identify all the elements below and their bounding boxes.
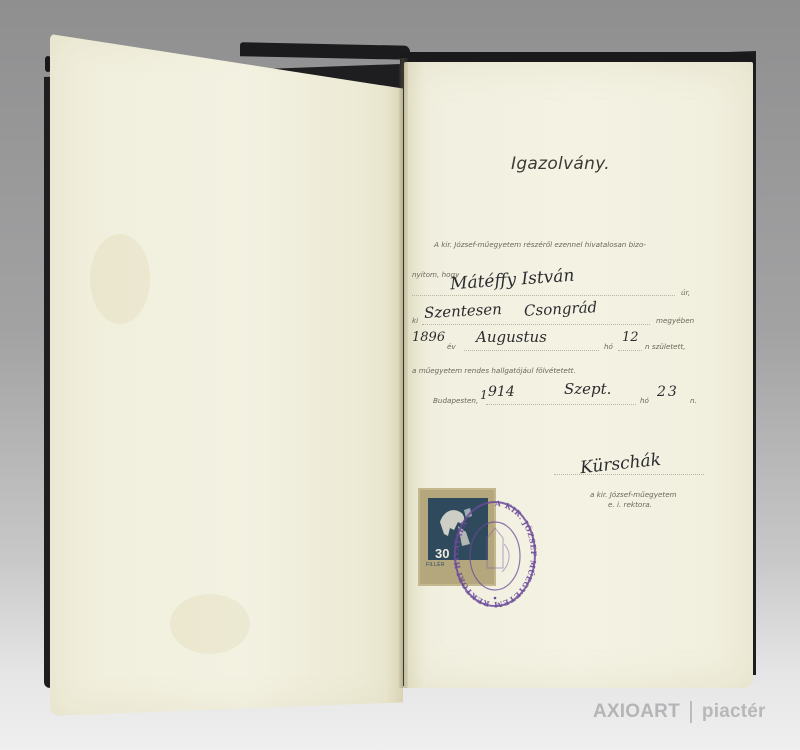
- handwritten-birth-year: 1896: [412, 330, 445, 345]
- handwritten-birthplace: Szentesen: [424, 300, 503, 322]
- fill-line-issue-date: [486, 404, 636, 405]
- handwritten-issue-year: 914: [488, 384, 515, 400]
- paper-stain: [90, 234, 150, 324]
- signature-caption-2: e. i. rektora.: [608, 500, 652, 509]
- fill-line-name: [412, 295, 675, 296]
- handwritten-year-prefix: 1: [480, 388, 488, 402]
- handwritten-issue-month: Szept.: [564, 380, 611, 398]
- fill-line-day: [618, 350, 642, 351]
- printed-line-1: A kir. József-műegyetem részéről ezennel…: [434, 240, 646, 249]
- handwritten-name: Mátéffy István: [449, 266, 575, 295]
- printed-ur: úr,: [681, 288, 690, 297]
- handwritten-birth-day: 12: [622, 330, 639, 345]
- fill-line-birthplace: [422, 324, 650, 325]
- watermark-brand: AXIOART: [593, 701, 680, 723]
- handwritten-birth-month: Augustus: [476, 328, 547, 346]
- book-cover-top-edge-left: [240, 42, 410, 60]
- fill-line-month: [464, 350, 599, 351]
- printed-megyeben: megyében: [656, 316, 694, 325]
- svg-text:A KIR. JÓZSEF MŰEGYETEM REKTOR: A KIR. JÓZSEF MŰEGYETEM REKTORI HIVATALA: [452, 499, 538, 610]
- printed-date-ho: hó: [640, 396, 649, 405]
- watermark-sub: piactér: [702, 701, 766, 723]
- printed-ev: év: [447, 342, 456, 351]
- revenue-stamp-unit: FILLÉR: [426, 562, 445, 568]
- fill-line-signature: [554, 474, 704, 475]
- printed-szuletett: n született,: [645, 342, 686, 351]
- printed-ki: ki: [412, 316, 418, 325]
- handwritten-county: Csongrád: [524, 298, 598, 320]
- watermark-separator: [690, 701, 692, 723]
- handwritten-issue-day: 23: [657, 384, 679, 400]
- printed-date-n: n.: [690, 396, 697, 405]
- left-page-blank: [50, 34, 403, 716]
- printed-felvetetett: a műegyetem rendes hallgatójául fölvétet…: [412, 366, 576, 375]
- paper-stain: [170, 594, 250, 654]
- printed-ho: hó: [604, 342, 613, 351]
- revenue-stamp-value: 30: [434, 547, 450, 560]
- signature-caption-1: a kir. József-műegyetem: [590, 490, 677, 499]
- watermark: AXIOART piactér: [593, 701, 766, 723]
- certificate-title: Igazolvány.: [511, 154, 610, 174]
- photo-scene: Igazolvány. A kir. József-műegyetem rész…: [0, 0, 800, 750]
- rector-office-seal-icon: A KIR. JÓZSEF MŰEGYETEM REKTORI HIVATALA: [452, 498, 538, 610]
- printed-budapesten: Budapesten,: [433, 396, 478, 405]
